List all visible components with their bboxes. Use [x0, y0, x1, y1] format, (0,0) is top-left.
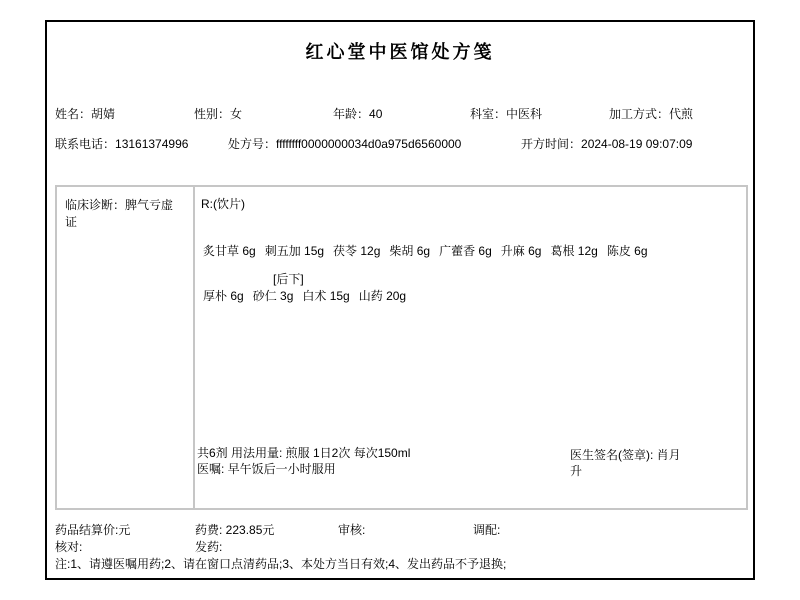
herb-item: 葛根 12g	[550, 244, 597, 258]
herb-item: 升麻 6g	[501, 244, 542, 258]
diagnosis-field: 临床诊断：脾气亏虚证	[65, 197, 177, 231]
herb-item: 刺五加 15g	[265, 244, 324, 258]
diagnosis-column: 临床诊断：脾气亏虚证	[57, 187, 195, 508]
usage-block: 共6剂 用法用量: 煎服 1日2次 每次150ml 医嘱: 早午饭后一小时服用	[197, 445, 410, 477]
rx-number-label: 处方号：	[228, 137, 276, 151]
herb-item: 山药 20g	[359, 289, 406, 303]
prescription-sheet: 红心堂中医馆处方笺 姓名：胡婧 性别：女 年龄：40 科室：中医科 加工方式：代…	[45, 20, 755, 580]
issue-time-field: 开方时间：2024-08-19 09:07:09	[521, 137, 692, 152]
count-and-usage: 共6剂 用法用量: 煎服 1日2次 每次150ml	[197, 445, 410, 461]
phone-label: 联系电话：	[55, 137, 115, 151]
fee-value: 223.85元	[226, 523, 275, 537]
herb-line-1: 炙甘草 6g刺五加 15g茯苓 12g柴胡 6g广藿香 6g升麻 6g葛根 12…	[203, 244, 742, 259]
patient-name-field: 姓名：胡婧	[55, 107, 115, 122]
gender-field: 性别：女	[194, 107, 242, 122]
prescription-box: 临床诊断：脾气亏虚证 R:(饮片) 炙甘草 6g刺五加 15g茯苓 12g柴胡 …	[55, 185, 748, 510]
rx-number-value: ffffffff0000000034d0a975d6560000	[276, 137, 461, 151]
compound-field: 调配:	[473, 523, 500, 538]
department-label: 科室：	[470, 107, 506, 121]
fee-field: 药费: 223.85元	[195, 523, 274, 538]
rx-column: R:(饮片) 炙甘草 6g刺五加 15g茯苓 12g柴胡 6g广藿香 6g升麻 …	[195, 187, 746, 508]
herb-item: 广藿香 6g	[439, 244, 492, 258]
herb-item: 厚朴 6g	[203, 289, 244, 303]
herb-item: 砂仁 3g	[253, 289, 294, 303]
doctor-advice: 医嘱: 早午饭后一小时服用	[197, 461, 410, 477]
processing-value: 代煎	[669, 107, 693, 121]
settlement-label: 药品结算价:	[55, 523, 118, 537]
diagnosis-label: 临床诊断：	[65, 198, 125, 212]
herb-line-2: 厚朴 6g砂仁 3g白术 15g山药 20g	[203, 289, 742, 304]
age-value: 40	[369, 107, 382, 121]
herb-item: 白术 15g	[302, 289, 349, 303]
settlement-value: 元	[118, 523, 130, 537]
herb-item: 炙甘草 6g	[203, 244, 256, 258]
check-field: 核对:	[55, 540, 82, 555]
age-label: 年龄：	[333, 107, 369, 121]
processing-field: 加工方式：代煎	[609, 107, 693, 122]
age-field: 年龄：40	[333, 107, 382, 122]
phone-value: 13161374996	[115, 137, 188, 151]
gender-label: 性别：	[194, 107, 230, 121]
department-field: 科室：中医科	[470, 107, 542, 122]
issue-time-label: 开方时间：	[521, 137, 581, 151]
processing-label: 加工方式：	[609, 107, 669, 121]
decoct-later-tag: [后下]	[273, 272, 742, 287]
herb-list: 炙甘草 6g刺五加 15g茯苓 12g柴胡 6g广藿香 6g升麻 6g葛根 12…	[203, 244, 742, 304]
issue-time-value: 2024-08-19 09:07:09	[581, 137, 692, 151]
review-field: 审核:	[338, 523, 365, 538]
herb-item: 柴胡 6g	[389, 244, 430, 258]
rx-number-field: 处方号：ffffffff0000000034d0a975d6560000	[228, 137, 461, 152]
settlement-field: 药品结算价:元	[55, 523, 130, 538]
page-title: 红心堂中医馆处方笺	[47, 38, 753, 64]
note-line: 注:1、请遵医嘱用药;2、请在窗口点清药品;3、本处方当日有效;4、发出药品不予…	[55, 557, 506, 572]
rx-header: R:(饮片)	[201, 197, 245, 212]
herb-item: 陈皮 6g	[607, 244, 648, 258]
patient-name-value: 胡婧	[91, 107, 115, 121]
department-value: 中医科	[506, 107, 542, 121]
phone-field: 联系电话：13161374996	[55, 137, 188, 152]
herb-item: 茯苓 12g	[333, 244, 380, 258]
doctor-signature: 医生签名(签章): 肖月升	[570, 447, 688, 479]
fee-label: 药费:	[195, 523, 226, 537]
dispense-field: 发药:	[195, 540, 222, 555]
gender-value: 女	[230, 107, 242, 121]
patient-name-label: 姓名：	[55, 107, 91, 121]
